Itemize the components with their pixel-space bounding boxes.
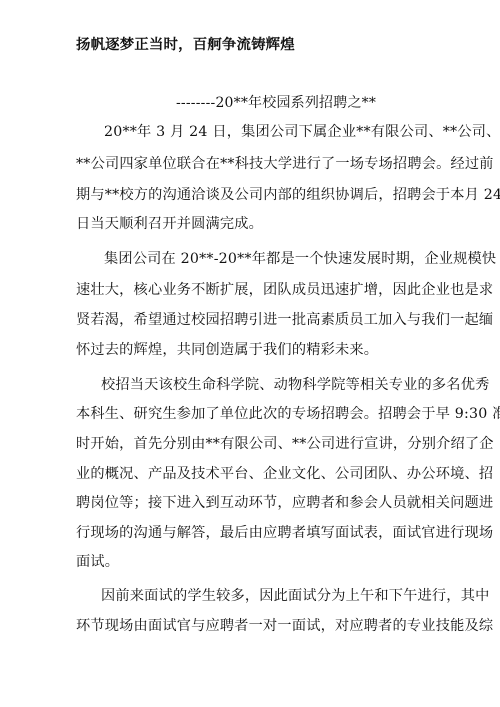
- paragraph-3-line-3: 时开始，首先分别由**有限公司、**公司进行宣讲，分别介绍了企: [76, 435, 494, 453]
- paragraph-3-line-2: 本科生、研究生参加了单位此次的专场招聘会。招聘会于早 9:30 准: [76, 405, 500, 423]
- paragraph-1-line-3: 期与**校方的沟通洽谈及公司内部的组织协调后，招聘会于本月 24: [76, 186, 500, 204]
- paragraph-1-line-4: 日当天顺利召开并圆满完成。: [76, 215, 263, 233]
- paragraph-3-line-5: 聘岗位等；接下进入到互动环节，应聘者和参会人员就相关问题进: [76, 494, 493, 512]
- document-title: 扬帆逐梦正当时，百舸争流铸辉煌: [76, 36, 295, 54]
- document-page: 扬帆逐梦正当时，百舸争流铸辉煌 --------20**年校园系列招聘之** 2…: [0, 0, 500, 707]
- paragraph-2-line-1: 集团公司在 20**-20**年都是一个快速发展时期，企业规模快: [104, 250, 496, 268]
- paragraph-1-line-1: 20**年 3 月 24 日，集团公司下属企业**有限公司、**公司、**、: [104, 123, 500, 141]
- paragraph-1-line-2: **公司四家单位联合在**科技大学进行了一场专场招聘会。经过前: [76, 155, 494, 173]
- document-subtitle: --------20**年校园系列招聘之**: [176, 94, 376, 112]
- paragraph-4-line-2: 环节现场由面试官与应聘者一对一面试，对应聘者的专业技能及综: [76, 617, 493, 635]
- paragraph-3-line-1: 校招当天该校生命科学院、动物科学院等相关专业的多名优秀: [101, 376, 489, 394]
- paragraph-2-line-3: 贤若渴，希望通过校园招聘引进一批高素质员工加入与我们一起缅: [76, 311, 493, 329]
- paragraph-3-line-4: 业的概况、产品及技术平台、企业文化、公司团队、办公环境、招: [76, 465, 493, 483]
- paragraph-2-line-4: 怀过去的辉煌，共同创造属于我们的精彩未来。: [76, 341, 378, 359]
- paragraph-4-line-1: 因前来面试的学生较多，因此面试分为上午和下午进行，其中: [101, 587, 489, 605]
- paragraph-2-line-2: 速壮大，核心业务不断扩展，团队成员迅速扩增，因此企业也是求: [76, 281, 493, 299]
- paragraph-3-line-6: 行现场的沟通与解答，最后由应聘者填写面试表，面试官进行现场: [76, 524, 493, 542]
- paragraph-3-line-7: 面试。: [76, 553, 119, 571]
